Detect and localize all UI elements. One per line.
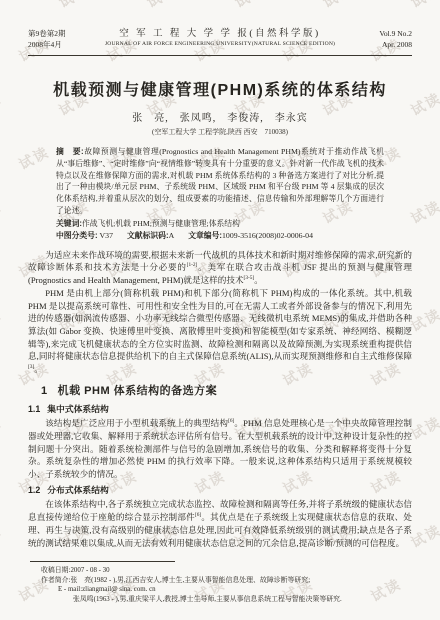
body-paragraph: 为适应未来作战环境的需要,根据未来新一代战机的具体技术和新时期对维修保障的需求,… <box>28 249 412 287</box>
doccode-label: 文献标识码: <box>127 231 169 240</box>
page-title: 机载预测与健康管理(PHM)系统的体系结构 <box>28 77 412 100</box>
bio-text-2: 张凤鸣(1963 - ),男,重庆梁平人,教授,博士生导师,主要从事信息系统工程… <box>73 596 342 603</box>
journal-name-en: JOURNAL OF AIR FORCE ENGINEERING UNIVERS… <box>98 40 342 49</box>
section-number: 1 <box>41 385 48 397</box>
body-paragraph: PHM 是由机上部分(简称机载 PHM)和机下部分(简称机下 PHM)构成的一体… <box>28 287 412 376</box>
body-paragraph: 该结构是广泛应用于小型机载系统上的典型结构[6]。PHM 信息处理核心是一个中央… <box>28 417 412 481</box>
author-email-line: E - mail:zliangmail@ sina. com. cn <box>58 585 412 595</box>
keywords-label: 关键词: <box>56 219 82 228</box>
citation-ref: [1-2] <box>187 263 198 269</box>
keywords-line: 关键词:作战飞机;机载 PHM;预测与健康管理;体系结构 <box>56 218 384 230</box>
subsection-heading-1-2: 1.2分布式体系结构 <box>28 484 412 497</box>
body-paragraph: 在该体系结构中,各子系统独立完成状态监控、故障检测和隔离等任务,并将子系统级的健… <box>28 498 412 549</box>
header-journal-block: 空 军 工 程 大 学 学 报(自然科学版) JOURNAL OF AIR FO… <box>98 28 342 49</box>
author-line: 张 亮, 张凤鸣, 李俊涛, 李永宾 <box>28 109 412 124</box>
received-label: 收稿日期: <box>41 567 70 574</box>
article-body: 为适应未来作战环境的需要,根据未来新一代战机的具体技术和新时期对维修保障的需求,… <box>28 249 412 549</box>
subsection-number: 1.2 <box>28 485 40 495</box>
subsection-heading-1-1: 1.1集中式体系结构 <box>28 403 412 416</box>
date-cn: 2008年4月 <box>28 39 98 50</box>
subsection-number: 1.1 <box>28 404 40 414</box>
subsection-title: 集中式体系结构 <box>47 404 109 414</box>
abstract-text: 故障预测与健康管理(Prognostics and Health Managem… <box>56 147 384 215</box>
citation-ref: [3-5] <box>244 275 255 281</box>
bio-label: 作者简介: <box>41 577 70 584</box>
paragraph-text: PHM 是由机上部分(简称机载 PHM)和机下部分(简称机下 PHM)构成的一体… <box>28 288 412 362</box>
clc-value: V37 <box>100 231 113 240</box>
paragraph-text: 。 <box>254 275 263 285</box>
affiliation-line: (空军工程大学 工程学院,陕西 西安 710038) <box>28 127 412 137</box>
section-title: 机载 PHM 体系结构的备选方案 <box>58 385 218 397</box>
date-en: Apr. 2008 <box>342 39 412 50</box>
clc-line: 中图分类号: V37文献标识码:A文章编号:1009-3516(2008)02-… <box>56 230 384 242</box>
vol-en: Vol.9 No.2 <box>342 28 412 39</box>
keywords-text: 作战飞机;机载 PHM;预测与健康管理;体系结构 <box>82 219 240 228</box>
issue-cn: 第9卷第2期 <box>28 28 98 39</box>
clc-label: 中图分类号: <box>56 231 98 240</box>
header-issue-block: 第9卷第2期 2008年4月 <box>28 28 98 50</box>
journal-name-cn: 空 军 工 程 大 学 学 报(自然科学版) <box>98 28 342 40</box>
paragraph-text: 该结构是广泛应用于小型机载系统上的典型结构 <box>45 418 228 428</box>
received-date-line: 收稿日期:2007 - 08 - 30 <box>41 566 412 576</box>
footnote-divider <box>30 561 175 562</box>
artid-value: 1009-3516(2008)02-0006-04 <box>222 231 313 240</box>
abstract-block: 摘 要:故障预测与健康管理(Prognostics and Health Man… <box>56 146 384 217</box>
journal-page: 试读试读试读试读试读试读试读试读试读试读试读试读试读试读试读试读试读试读试读试读… <box>0 0 440 620</box>
bio-text-1: 张 亮(1982 - ),男,江西吉安人,博士生,主要从事智能信息处理、故障诊断… <box>70 577 310 584</box>
artid-label: 文章编号: <box>188 231 222 240</box>
author-bio-line-1: 作者简介:张 亮(1982 - ),男,江西吉安人,博士生,主要从事智能信息处理… <box>41 576 412 586</box>
email-text: E - mail:zliangmail@ sina. com. cn <box>58 586 156 593</box>
doccode-value: A <box>169 231 175 240</box>
paragraph-text: 。 <box>34 364 43 374</box>
header-divider <box>28 55 412 56</box>
page-content: 第9卷第2期 2008年4月 空 军 工 程 大 学 学 报(自然科学版) JO… <box>0 0 440 605</box>
section-heading-1: 1机载 PHM 体系结构的备选方案 <box>41 385 412 398</box>
received-value: 2007 - 08 - 30 <box>70 567 109 574</box>
header-vol-block: Vol.9 No.2 Apr. 2008 <box>342 28 412 50</box>
footnote-block: 收稿日期:2007 - 08 - 30 作者简介:张 亮(1982 - ),男,… <box>28 561 412 604</box>
journal-header: 第9卷第2期 2008年4月 空 军 工 程 大 学 学 报(自然科学版) JO… <box>28 28 412 50</box>
subsection-title: 分布式体系结构 <box>47 485 109 495</box>
author-bio-line-2: 张凤鸣(1963 - ),男,重庆梁平人,教授,博士生导师,主要从事信息系统工程… <box>73 595 412 605</box>
abstract-label: 摘 要: <box>56 147 84 156</box>
